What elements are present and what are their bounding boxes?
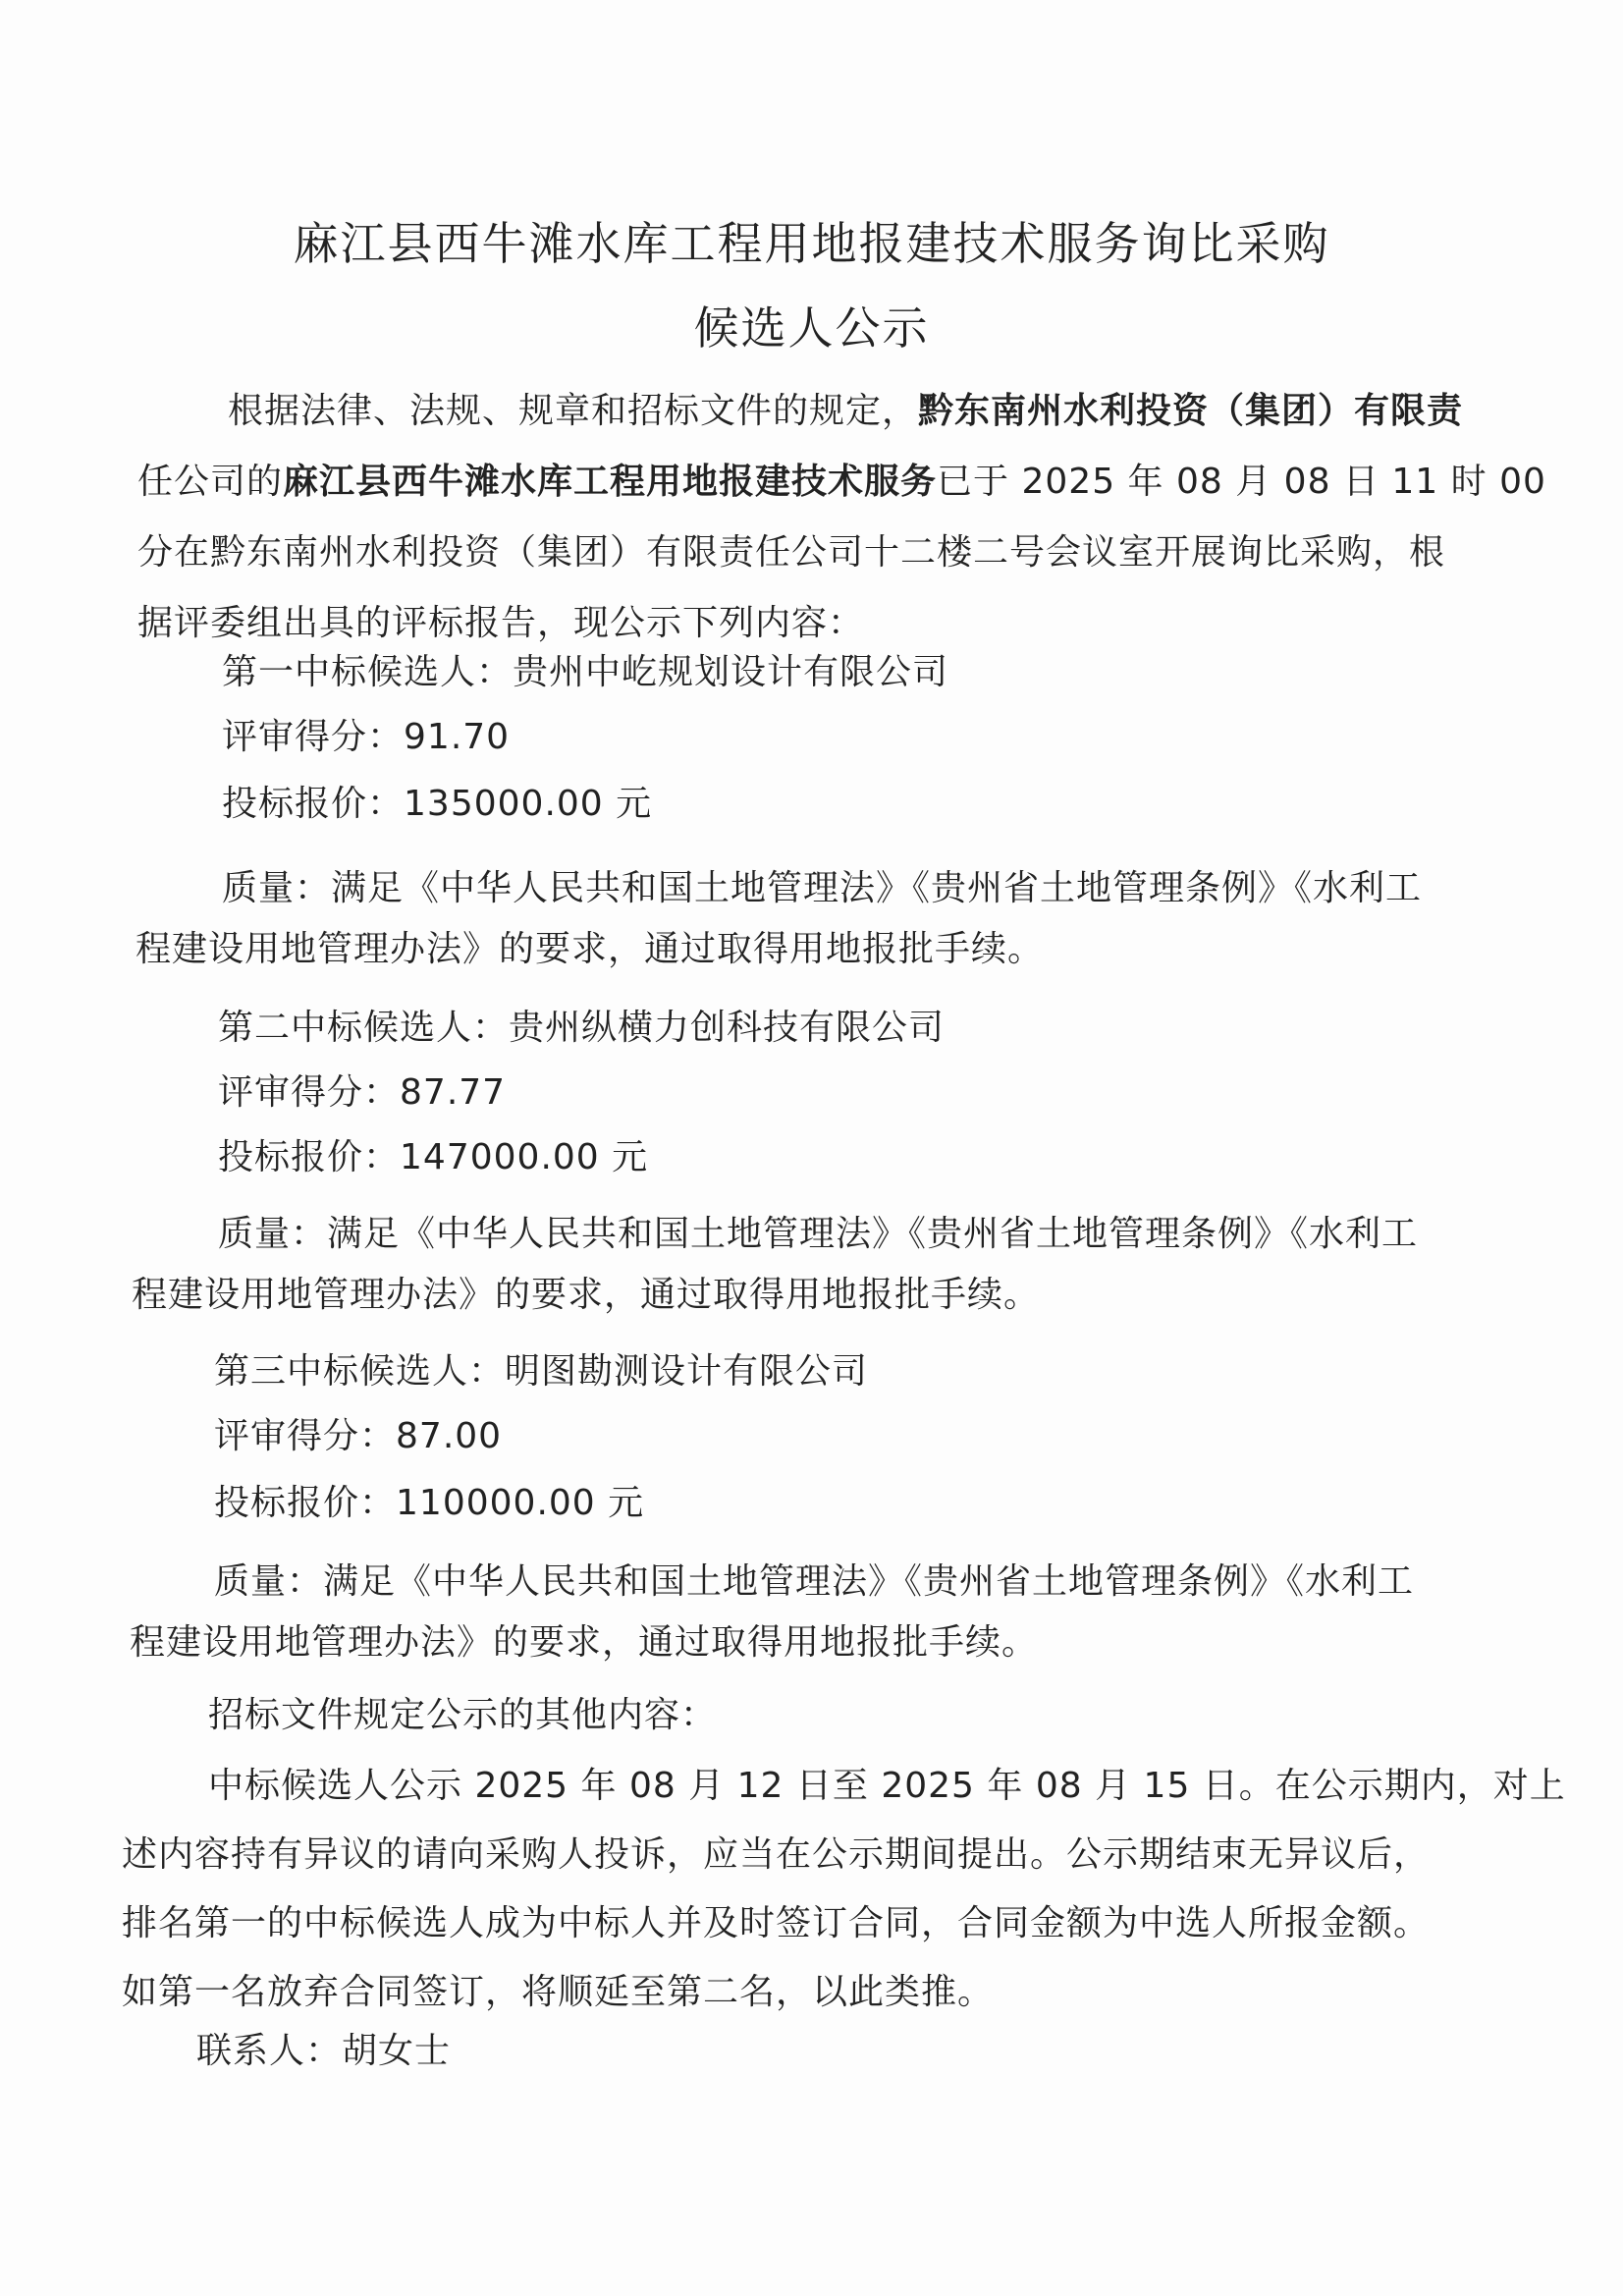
candidate-3-quality-line-2: 程建设用地管理办法》的要求，通过取得用地报批手续。 — [130, 1614, 1038, 1665]
document-subtitle: 候选人公示 — [0, 293, 1623, 357]
candidate-2-quality-line-1: 质量：满足《中华人民共和国土地管理法》《贵州省土地管理条例》《水利工 — [218, 1206, 1418, 1256]
candidate-2-price-line: 投标报价：147000.00 元 — [218, 1129, 648, 1179]
candidate-1-score: 91.70 — [404, 717, 510, 757]
candidate-2-score: 87.77 — [400, 1072, 506, 1113]
candidate-3-score-line: 评审得分：87.00 — [214, 1408, 502, 1458]
purchaser-name: 黔东南州水利投资（集团）有限责 — [918, 391, 1463, 431]
other-content-line-1: 中标候选人公示 2025 年 08 月 12 日至 2025 年 08 月 15… — [208, 1758, 1566, 1808]
candidate-1-name-line: 第一中标候选人：贵州中屹规划设计有限公司 — [222, 644, 948, 694]
document-title: 麻江县西牛滩水库工程用地报建技术服务询比采购 — [0, 208, 1623, 273]
candidate-1-price: 135000.00 元 — [404, 784, 652, 824]
other-content-line-3: 排名第一的中标候选人成为中标人并及时签订合同，合同金额为中选人所报金额。 — [122, 1895, 1430, 1945]
candidate-3-price-line: 投标报价：110000.00 元 — [214, 1475, 644, 1525]
candidate-1-quality-line-2: 程建设用地管理办法》的要求，通过取得用地报批手续。 — [135, 921, 1044, 971]
candidate-3-price: 110000.00 元 — [396, 1483, 644, 1523]
candidate-2-price: 147000.00 元 — [400, 1137, 648, 1177]
other-content-line-4: 如第一名放弃合同签订，将顺延至第二名，以此类推。 — [122, 1964, 994, 2014]
project-name: 麻江县西牛滩水库工程用地报建技术服务 — [283, 462, 937, 502]
candidate-1-name: 贵州中屹规划设计有限公司 — [513, 652, 948, 692]
candidate-1-quality-line-1: 质量：满足《中华人民共和国土地管理法》《贵州省土地管理条例》《水利工 — [222, 860, 1422, 910]
candidate-2-quality-line-2: 程建设用地管理办法》的要求，通过取得用地报批手续。 — [132, 1267, 1040, 1317]
candidate-3-name: 明图勘测设计有限公司 — [505, 1351, 868, 1392]
candidate-2-name: 贵州纵横力创科技有限公司 — [509, 1008, 945, 1048]
candidate-3-name-line: 第三中标候选人：明图勘测设计有限公司 — [214, 1343, 868, 1394]
candidate-2-score-line: 评审得分：87.77 — [218, 1065, 506, 1115]
candidate-1-score-line: 评审得分：91.70 — [222, 709, 510, 759]
candidate-1-price-line: 投标报价：135000.00 元 — [222, 776, 652, 826]
candidate-2-name-line: 第二中标候选人：贵州纵横力创科技有限公司 — [218, 1000, 945, 1050]
other-content-line-2: 述内容持有异议的请向采购人投诉，应当在公示期间提出。公示期结束无异议后， — [122, 1827, 1430, 1877]
intro-line-2: 任公司的麻江县西牛滩水库工程用地报建技术服务已于 2025 年 08 月 08 … — [137, 454, 1546, 504]
intro-line-1: 根据法律、法规、规章和招标文件的规定，黔东南州水利投资（集团）有限责 — [228, 383, 1463, 433]
contact-person: 联系人：胡女士 — [196, 2023, 451, 2073]
candidate-3-quality-line-1: 质量：满足《中华人民共和国土地管理法》《贵州省土地管理条例》《水利工 — [214, 1554, 1414, 1604]
document-page: 麻江县西牛滩水库工程用地报建技术服务询比采购 候选人公示 根据法律、法规、规章和… — [0, 0, 1623, 2296]
candidate-3-score: 87.00 — [396, 1416, 502, 1456]
intro-line-4: 据评委组出具的评标报告，现公示下列内容： — [137, 595, 864, 645]
intro-line-3: 分在黔东南州水利投资（集团）有限责任公司十二楼二号会议室开展询比采购，根 — [137, 524, 1445, 574]
other-content-heading: 招标文件规定公示的其他内容： — [208, 1687, 717, 1737]
